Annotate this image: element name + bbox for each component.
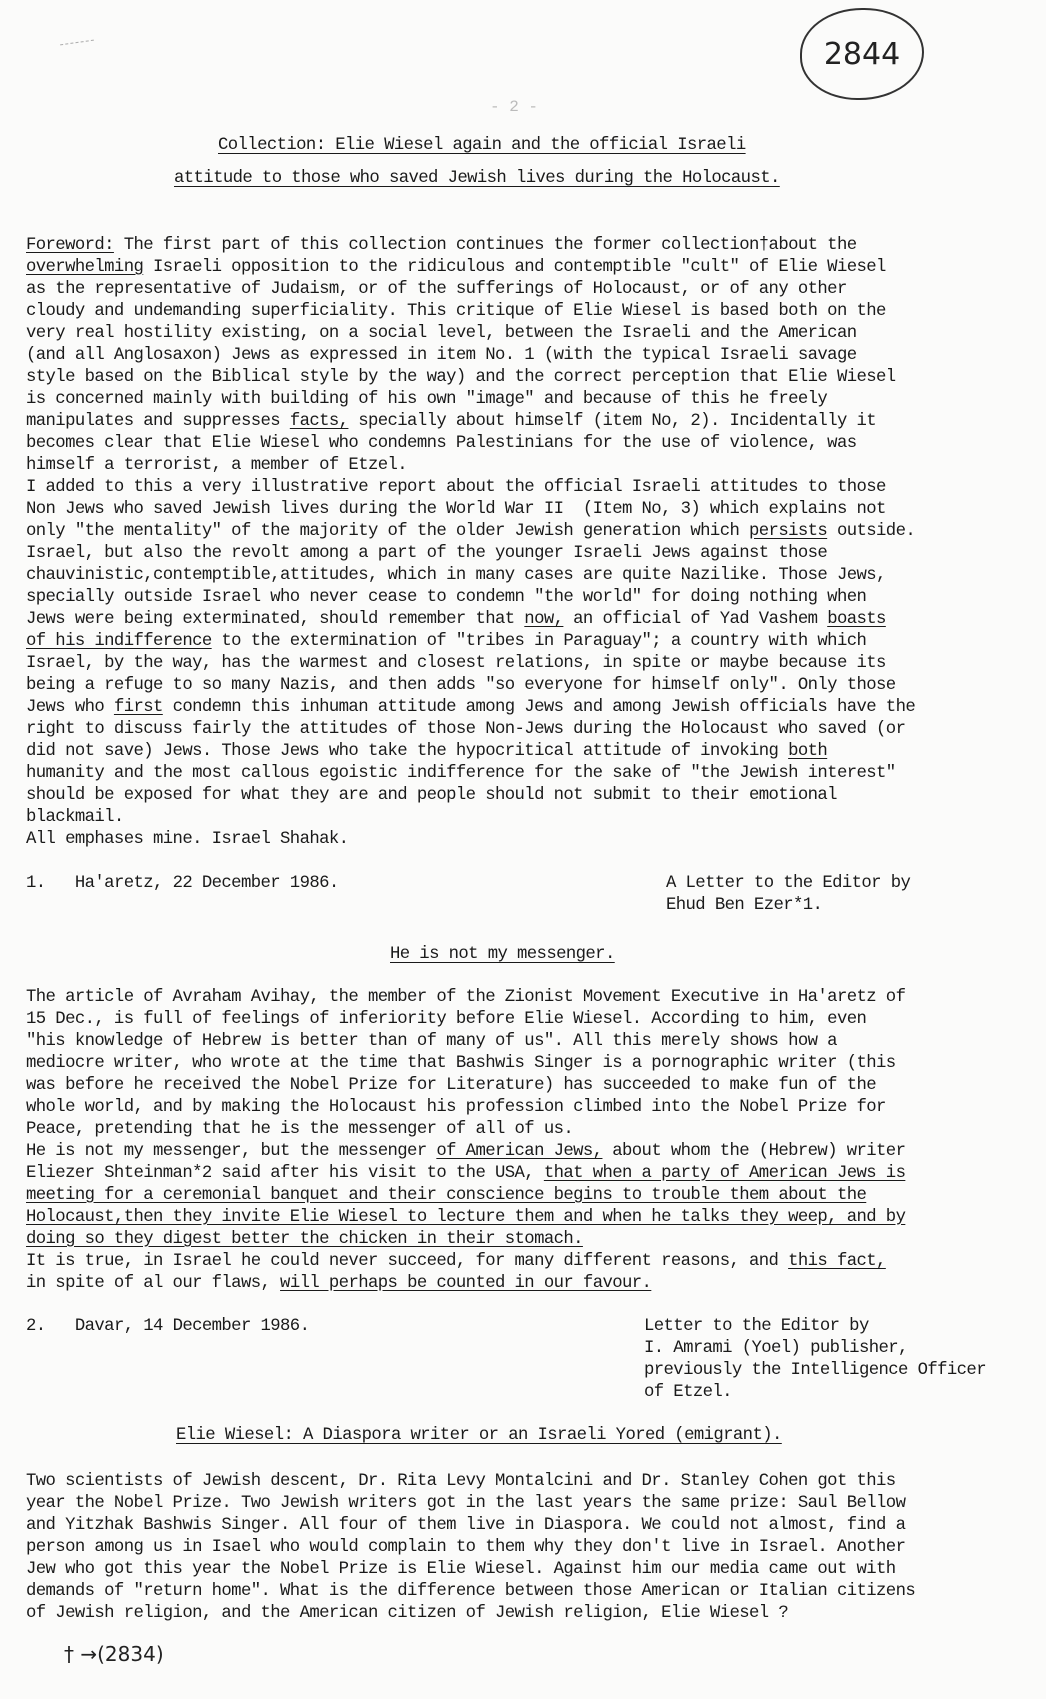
para2-line-2: Non Jews who saved Jewish lives during t… xyxy=(26,499,886,521)
para2-line-5: chauvinistic,contemptible,attitudes, whi… xyxy=(26,565,886,587)
foreword-label: Foreword: xyxy=(26,236,114,255)
handwritten-footnote: † →(2834) xyxy=(64,1642,164,1666)
foreword-line-11: himself a terrorist, a member of Etzel. xyxy=(26,455,407,477)
para2-line-12: right to discuss fairly the attitudes of… xyxy=(26,719,905,741)
item1-line-9: Eliezer Shteinman*2 said after his visit… xyxy=(26,1163,905,1185)
para2-line-8: of his indifference to the extermination… xyxy=(26,631,866,653)
foreword-line-6: (and all Anglosaxon) Jews as expressed i… xyxy=(26,345,857,367)
foreword-line-7: style based on the Biblical style by the… xyxy=(26,367,896,389)
item1-line-10: meeting for a ceremonial banquet and the… xyxy=(26,1185,866,1207)
para2-line-7: Jews were being exterminated, should rem… xyxy=(26,609,886,631)
item1-byline-2: Ehud Ben Ezer*1. xyxy=(666,895,822,917)
foreword-line-8: is concerned mainly with building of his… xyxy=(26,389,827,411)
item1-line-5: was before he received the Nobel Prize f… xyxy=(26,1075,876,1097)
item2-line-1: Two scientists of Jewish descent, Dr. Ri… xyxy=(26,1471,896,1493)
document-page: 2844 - 2 - Collection: Elie Wiesel again… xyxy=(0,0,1046,1699)
foreword-line-5: very real hostility existing, on a socia… xyxy=(26,323,857,345)
foreword-line-1: Foreword: The first part of this collect… xyxy=(26,235,857,257)
item1-line-1: The article of Avraham Avihay, the membe… xyxy=(26,987,905,1009)
page-number: - 2 - xyxy=(490,98,538,116)
item1-line-8: He is not my messenger, but the messenge… xyxy=(26,1141,905,1163)
item2-line-7: of Jewish religion, and the American cit… xyxy=(26,1603,788,1625)
para2-line-11: Jews who first condemn this inhuman atti… xyxy=(26,697,915,719)
title-line-1: Collection: Elie Wiesel again and the of… xyxy=(218,136,746,155)
pencil-mark xyxy=(60,40,94,46)
item2-line-3: and Yitzhak Bashwis Singer. All four of … xyxy=(26,1515,905,1537)
signature-line: All emphases mine. Israel Shahak. xyxy=(26,829,348,851)
para2-line-15: should be exposed for what they are and … xyxy=(26,785,837,807)
item1-line-7: Peace, pretending that he is the messeng… xyxy=(26,1119,573,1141)
foreword-line-10: becomes clear that Elie Wiesel who conde… xyxy=(26,433,857,455)
item1-line-4: mediocre writer, who wrote at the time t… xyxy=(26,1053,896,1075)
item1-line-11: Holocaust,then they invite Elie Wiesel t… xyxy=(26,1207,905,1229)
item2-byline-1: Letter to the Editor by xyxy=(644,1316,869,1338)
para2-line-14: humanity and the most callous egoistic i… xyxy=(26,763,896,785)
item1-line-13: It is true, in Israel he could never suc… xyxy=(26,1251,886,1273)
item2-byline-3: previously the Intelligence Officer xyxy=(644,1360,986,1382)
item2-line-2: year the Nobel Prize. Two Jewish writers… xyxy=(26,1493,905,1515)
para2-line-9: Israel, by the way, has the warmest and … xyxy=(26,653,886,675)
para2-line-16: blackmail. xyxy=(26,807,124,829)
para2-line-3: only "the mentality" of the majority of … xyxy=(26,521,915,543)
item1-heading: He is not my messenger. xyxy=(390,945,615,964)
item1-byline-1: A Letter to the Editor by xyxy=(666,873,910,895)
item2-line-5: Jew who got this year the Nobel Prize is… xyxy=(26,1559,896,1581)
item1-line-2: 15 Dec., is full of feelings of inferior… xyxy=(26,1009,866,1031)
para2-line-1: I added to this a very illustrative repo… xyxy=(26,477,886,499)
item1-source-line: 1. Ha'aretz, 22 December 1986. xyxy=(26,873,339,895)
title-line-2: attitude to those who saved Jewish lives… xyxy=(174,169,780,188)
circled-archive-number: 2844 xyxy=(800,8,924,100)
item1-line-12: doing so they digest better the chicken … xyxy=(26,1229,583,1251)
para2-line-13: did not save) Jews. Those Jews who take … xyxy=(26,741,827,763)
para2-line-6: specially outside Israel who never cease… xyxy=(26,587,866,609)
item2-line-4: person among us in Isael who would compl… xyxy=(26,1537,905,1559)
item2-byline-2: I. Amrami (Yoel) publisher, xyxy=(644,1338,908,1360)
item2-byline-4: of Etzel. xyxy=(644,1382,732,1404)
item2-source-line: 2. Davar, 14 December 1986. xyxy=(26,1316,309,1338)
para2-line-10: being a refuge to so many Nazis, and the… xyxy=(26,675,896,697)
foreword-line-9: manipulates and suppresses facts, specia… xyxy=(26,411,876,433)
item1-line-3: "his knowledge of Hebrew is better than … xyxy=(26,1031,837,1053)
foreword-line-3: as the representative of Judaism, or of … xyxy=(26,279,847,301)
para2-line-4: Israel, but also the revolt among a part… xyxy=(26,543,827,565)
foreword-line-2: overwhelming Israeli opposition to the r… xyxy=(26,257,886,279)
item2-line-6: demands of "return home". What is the di… xyxy=(26,1581,915,1603)
item2-heading: Elie Wiesel: A Diaspora writer or an Isr… xyxy=(176,1426,782,1445)
item1-line-6: whole world, and by making the Holocaust… xyxy=(26,1097,886,1119)
foreword-line-4: cloudy and undemanding superficiality. T… xyxy=(26,301,886,323)
item1-line-14: in spite of al our flaws, will perhaps b… xyxy=(26,1273,651,1295)
